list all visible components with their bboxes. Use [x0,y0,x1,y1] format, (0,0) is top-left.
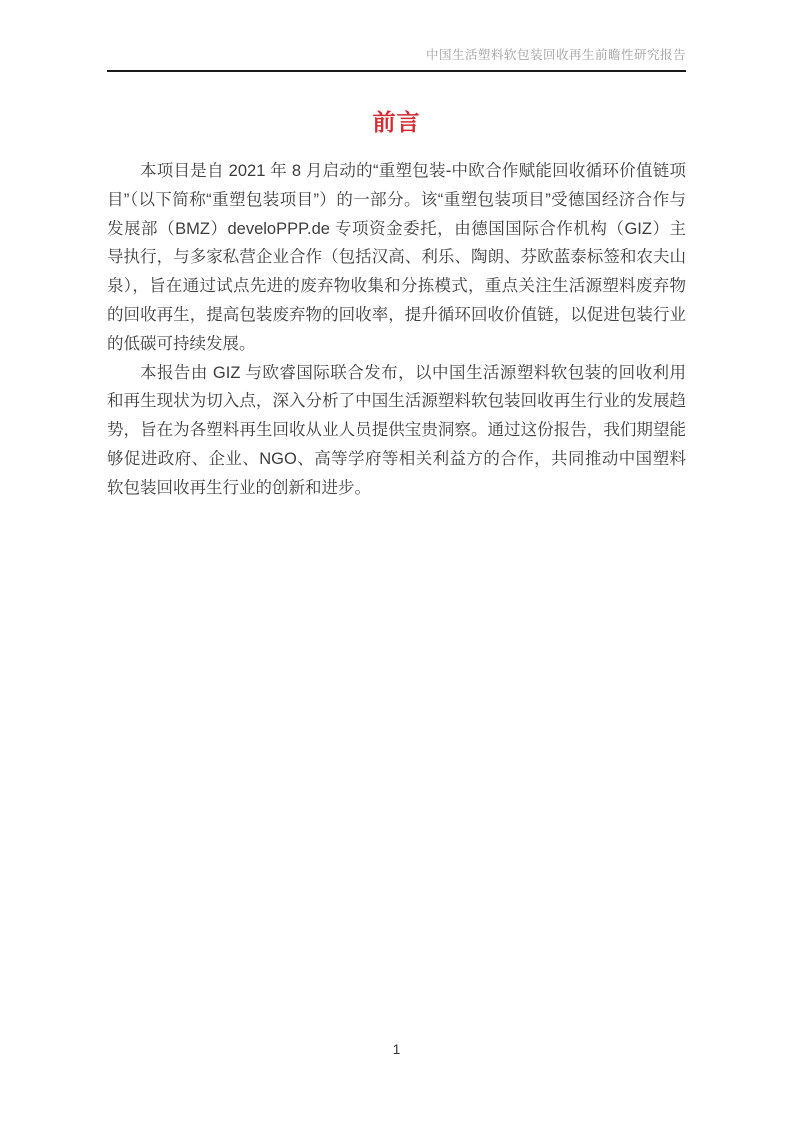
page-footer: 1 [0,1041,793,1059]
section-title: 前言 [0,104,793,137]
document-page: 中国生活塑料软包装回收再生前瞻性研究报告 前言 本项目是自 2021 年 8 月… [0,0,793,1122]
page-number: 1 [393,1042,401,1057]
page-header: 中国生活塑料软包装回收再生前瞻性研究报告 [107,47,686,72]
header-rule [107,70,686,72]
body-paragraph-2: 本报告由 GIZ 与欧睿国际联合发布，以中国生活源塑料软包装的回收利用和再生现状… [107,359,686,503]
body-paragraph-1: 本项目是自 2021 年 8 月启动的“重塑包装-中欧合作赋能回收循环价值链项目… [107,157,686,359]
running-header-title: 中国生活塑料软包装回收再生前瞻性研究报告 [107,47,686,63]
document-body: 本项目是自 2021 年 8 月启动的“重塑包装-中欧合作赋能回收循环价值链项目… [107,157,686,503]
